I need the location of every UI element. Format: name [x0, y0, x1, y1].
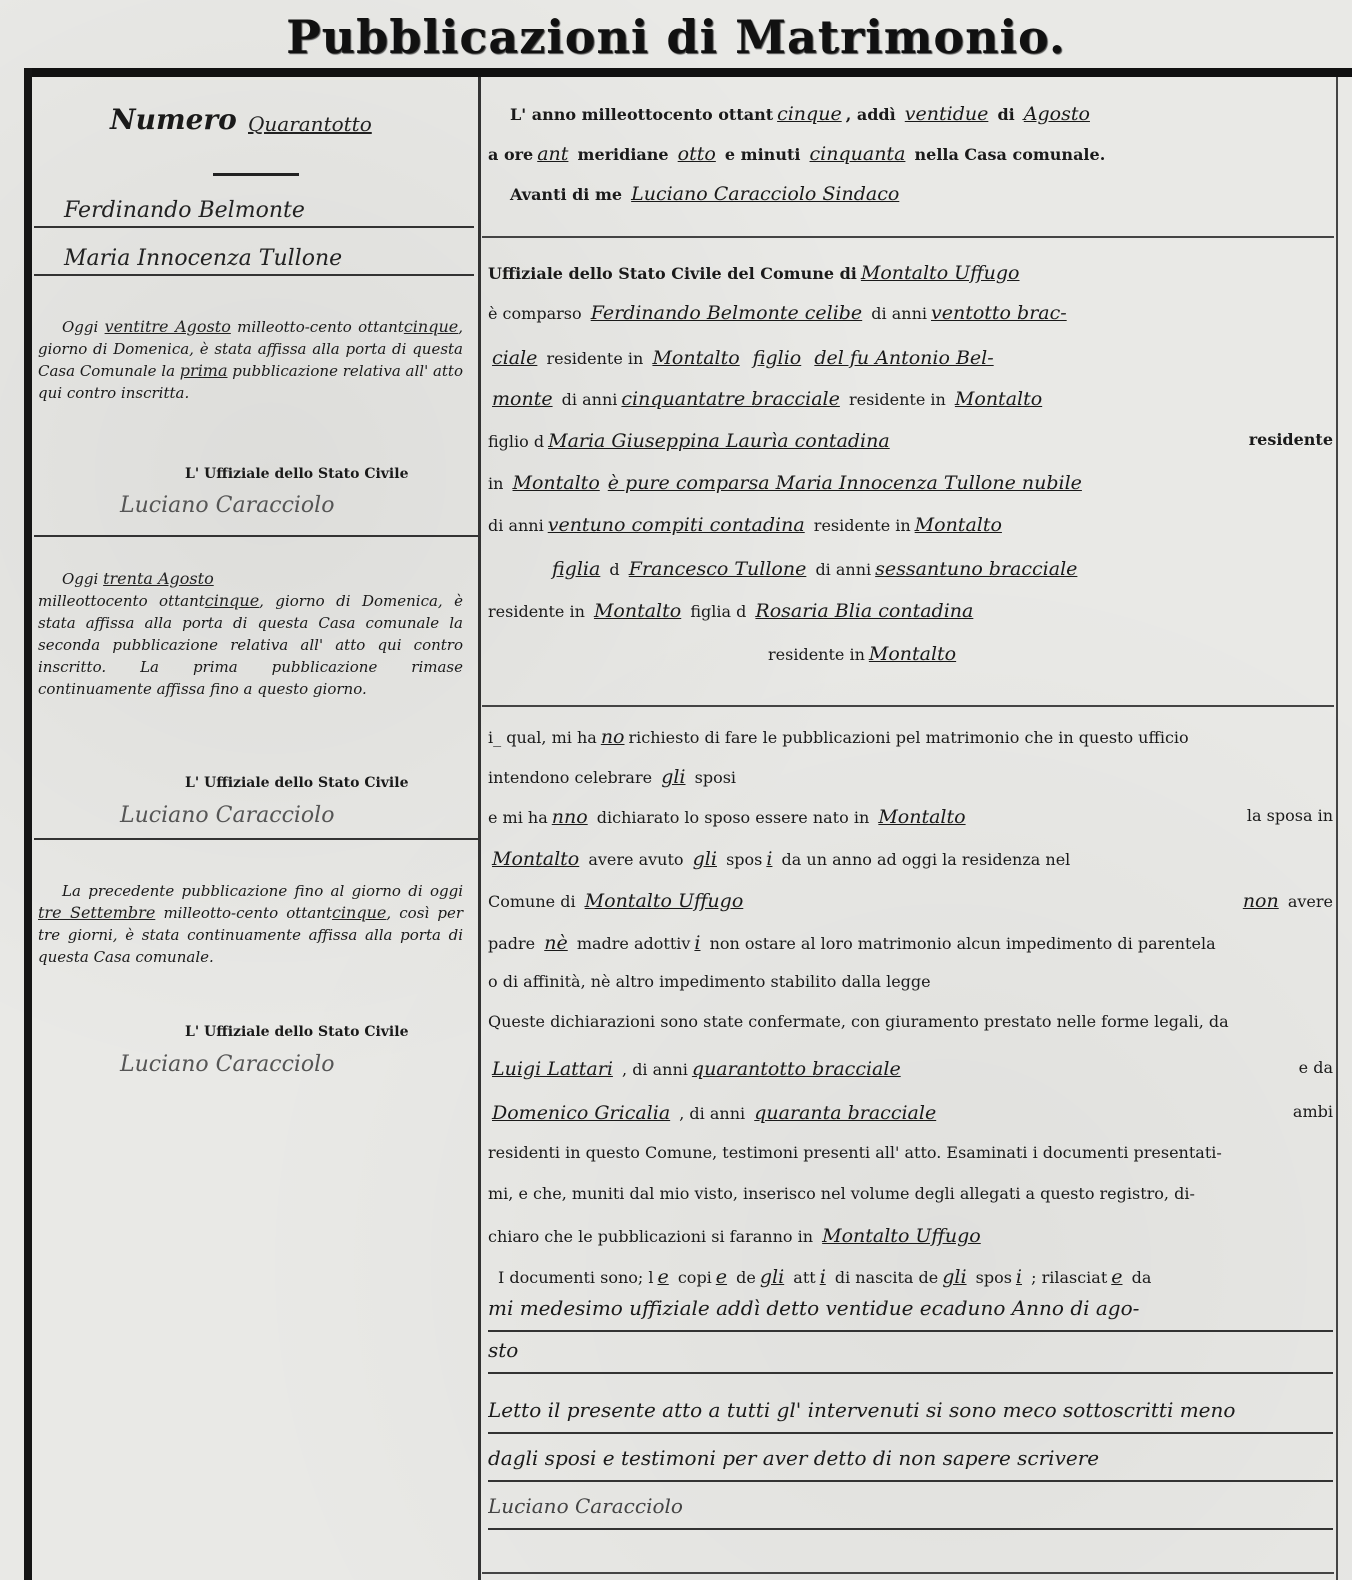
adoptive-parents-line: padre nè madre adottivi non ostare al lo… — [488, 932, 1333, 954]
handwritten-issuer-line: mi medesimo uffiziale addì detto ventidu… — [488, 1296, 1333, 1332]
impediment-line: o di affinità, nè altro impedimento stab… — [488, 972, 1333, 991]
groom-residence-line: ciale residente in Montalto figlio del f… — [488, 347, 1333, 369]
before-me-line: Avanti di me Luciano Caracciolo Sindaco — [488, 183, 1352, 205]
witness-2-line: Domenico Gricalia , di anni quaranta bra… — [488, 1102, 1333, 1124]
handwritten-continuation-line: sto — [488, 1338, 1333, 1374]
left-border — [24, 68, 32, 1580]
comune-residence-line: Comune di Montalto Uffugo non avere — [488, 890, 1333, 912]
section-rule-1 — [34, 535, 478, 537]
numero-value: Quarantotto — [248, 112, 372, 136]
documents-examined-line: residenti in questo Comune, testimoni pr… — [488, 1143, 1333, 1162]
bottom-rule — [482, 1572, 1334, 1574]
bride-line: in Montaltoè pure comparsa Maria Innocen… — [488, 472, 1333, 494]
officer-label-3: L' Uffiziale dello Stato Civile — [185, 1024, 408, 1040]
bride-name: Maria Innocenza Tullone — [34, 246, 474, 276]
top-rule — [28, 68, 1352, 77]
right-border — [1336, 77, 1338, 1580]
officer-signature-3: Luciano Caracciolo — [120, 1052, 334, 1077]
comune-line: Uffiziale dello Stato Civile del Comune … — [488, 262, 1333, 284]
parties-rule — [482, 705, 1334, 707]
bride-mother-residence-line: residente inMontalto — [488, 643, 1352, 665]
groom-line: è comparso Ferdinando Belmonte celibe di… — [488, 302, 1333, 324]
birthplace-line: e mi hanno dichiarato lo sposo essere na… — [488, 806, 1333, 828]
second-publication-notice: Oggi trenta Agosto milleottocento ottant… — [38, 568, 463, 700]
document-title: Pubblicazioni di Matrimonio. — [0, 10, 1352, 64]
numero-label: Numero — [110, 103, 237, 136]
final-signature: Luciano Caracciolo — [488, 1494, 1333, 1530]
groom-mother-line: figlio dMaria Giuseppina Laurìa contadin… — [488, 430, 1333, 452]
bride-father-line: figlia d Francesco Tullone di annisessan… — [488, 558, 1352, 580]
bride-age-line: di anniventuno compiti contadina residen… — [488, 514, 1333, 536]
celebrate-line: intendono celebrare gli sposi — [488, 766, 1333, 788]
request-line: i_ qual, mi hanorichiesto di fare le pub… — [488, 726, 1333, 748]
officer-signature-2: Luciano Caracciolo — [120, 803, 334, 828]
act-time-line: a oreant meridiane otto e minuti cinquan… — [488, 143, 1333, 165]
section-rule-2 — [34, 838, 478, 840]
witness-1-line: Luigi Lattari , di anniquarantotto bracc… — [488, 1058, 1333, 1080]
final-publication-notice: La precedente pubblicazione fino al gior… — [38, 880, 463, 968]
column-divider — [478, 77, 481, 1580]
groom-name: Ferdinando Belmonte — [34, 198, 474, 228]
separator-dash — [213, 173, 299, 176]
groom-father-line: monte di annicinquantatre bracciale resi… — [488, 388, 1333, 410]
publication-place-line: chiaro che le pubblicazioni si faranno i… — [488, 1225, 1333, 1247]
handwritten-closing-line-1: Letto il presente atto a tutti gl' inter… — [488, 1398, 1333, 1434]
header-rule — [482, 236, 1334, 238]
documents-line: I documenti sono; le copie degli atti di… — [488, 1266, 1343, 1288]
officer-signature-1: Luciano Caracciolo — [120, 493, 334, 518]
first-publication-notice: Oggi ventitre Agosto milleotto-cento ott… — [38, 316, 463, 404]
bride-mother-line: residente in Montalto figlia d Rosaria B… — [488, 600, 1333, 622]
register-line: mi, e che, muniti dal mio visto, inseris… — [488, 1184, 1333, 1203]
act-date-line: L' anno milleottocento ottantcinque, add… — [488, 103, 1352, 125]
handwritten-closing-line-2: dagli sposi e testimoni per aver detto d… — [488, 1446, 1333, 1482]
officer-label-2: L' Uffiziale dello Stato Civile — [185, 775, 408, 791]
officer-label-1: L' Uffiziale dello Stato Civile — [185, 466, 408, 482]
residence-line: Montalto avere avuto gli sposi da un ann… — [488, 848, 1333, 870]
oath-line: Queste dichiarazioni sono state conferma… — [488, 1012, 1333, 1031]
